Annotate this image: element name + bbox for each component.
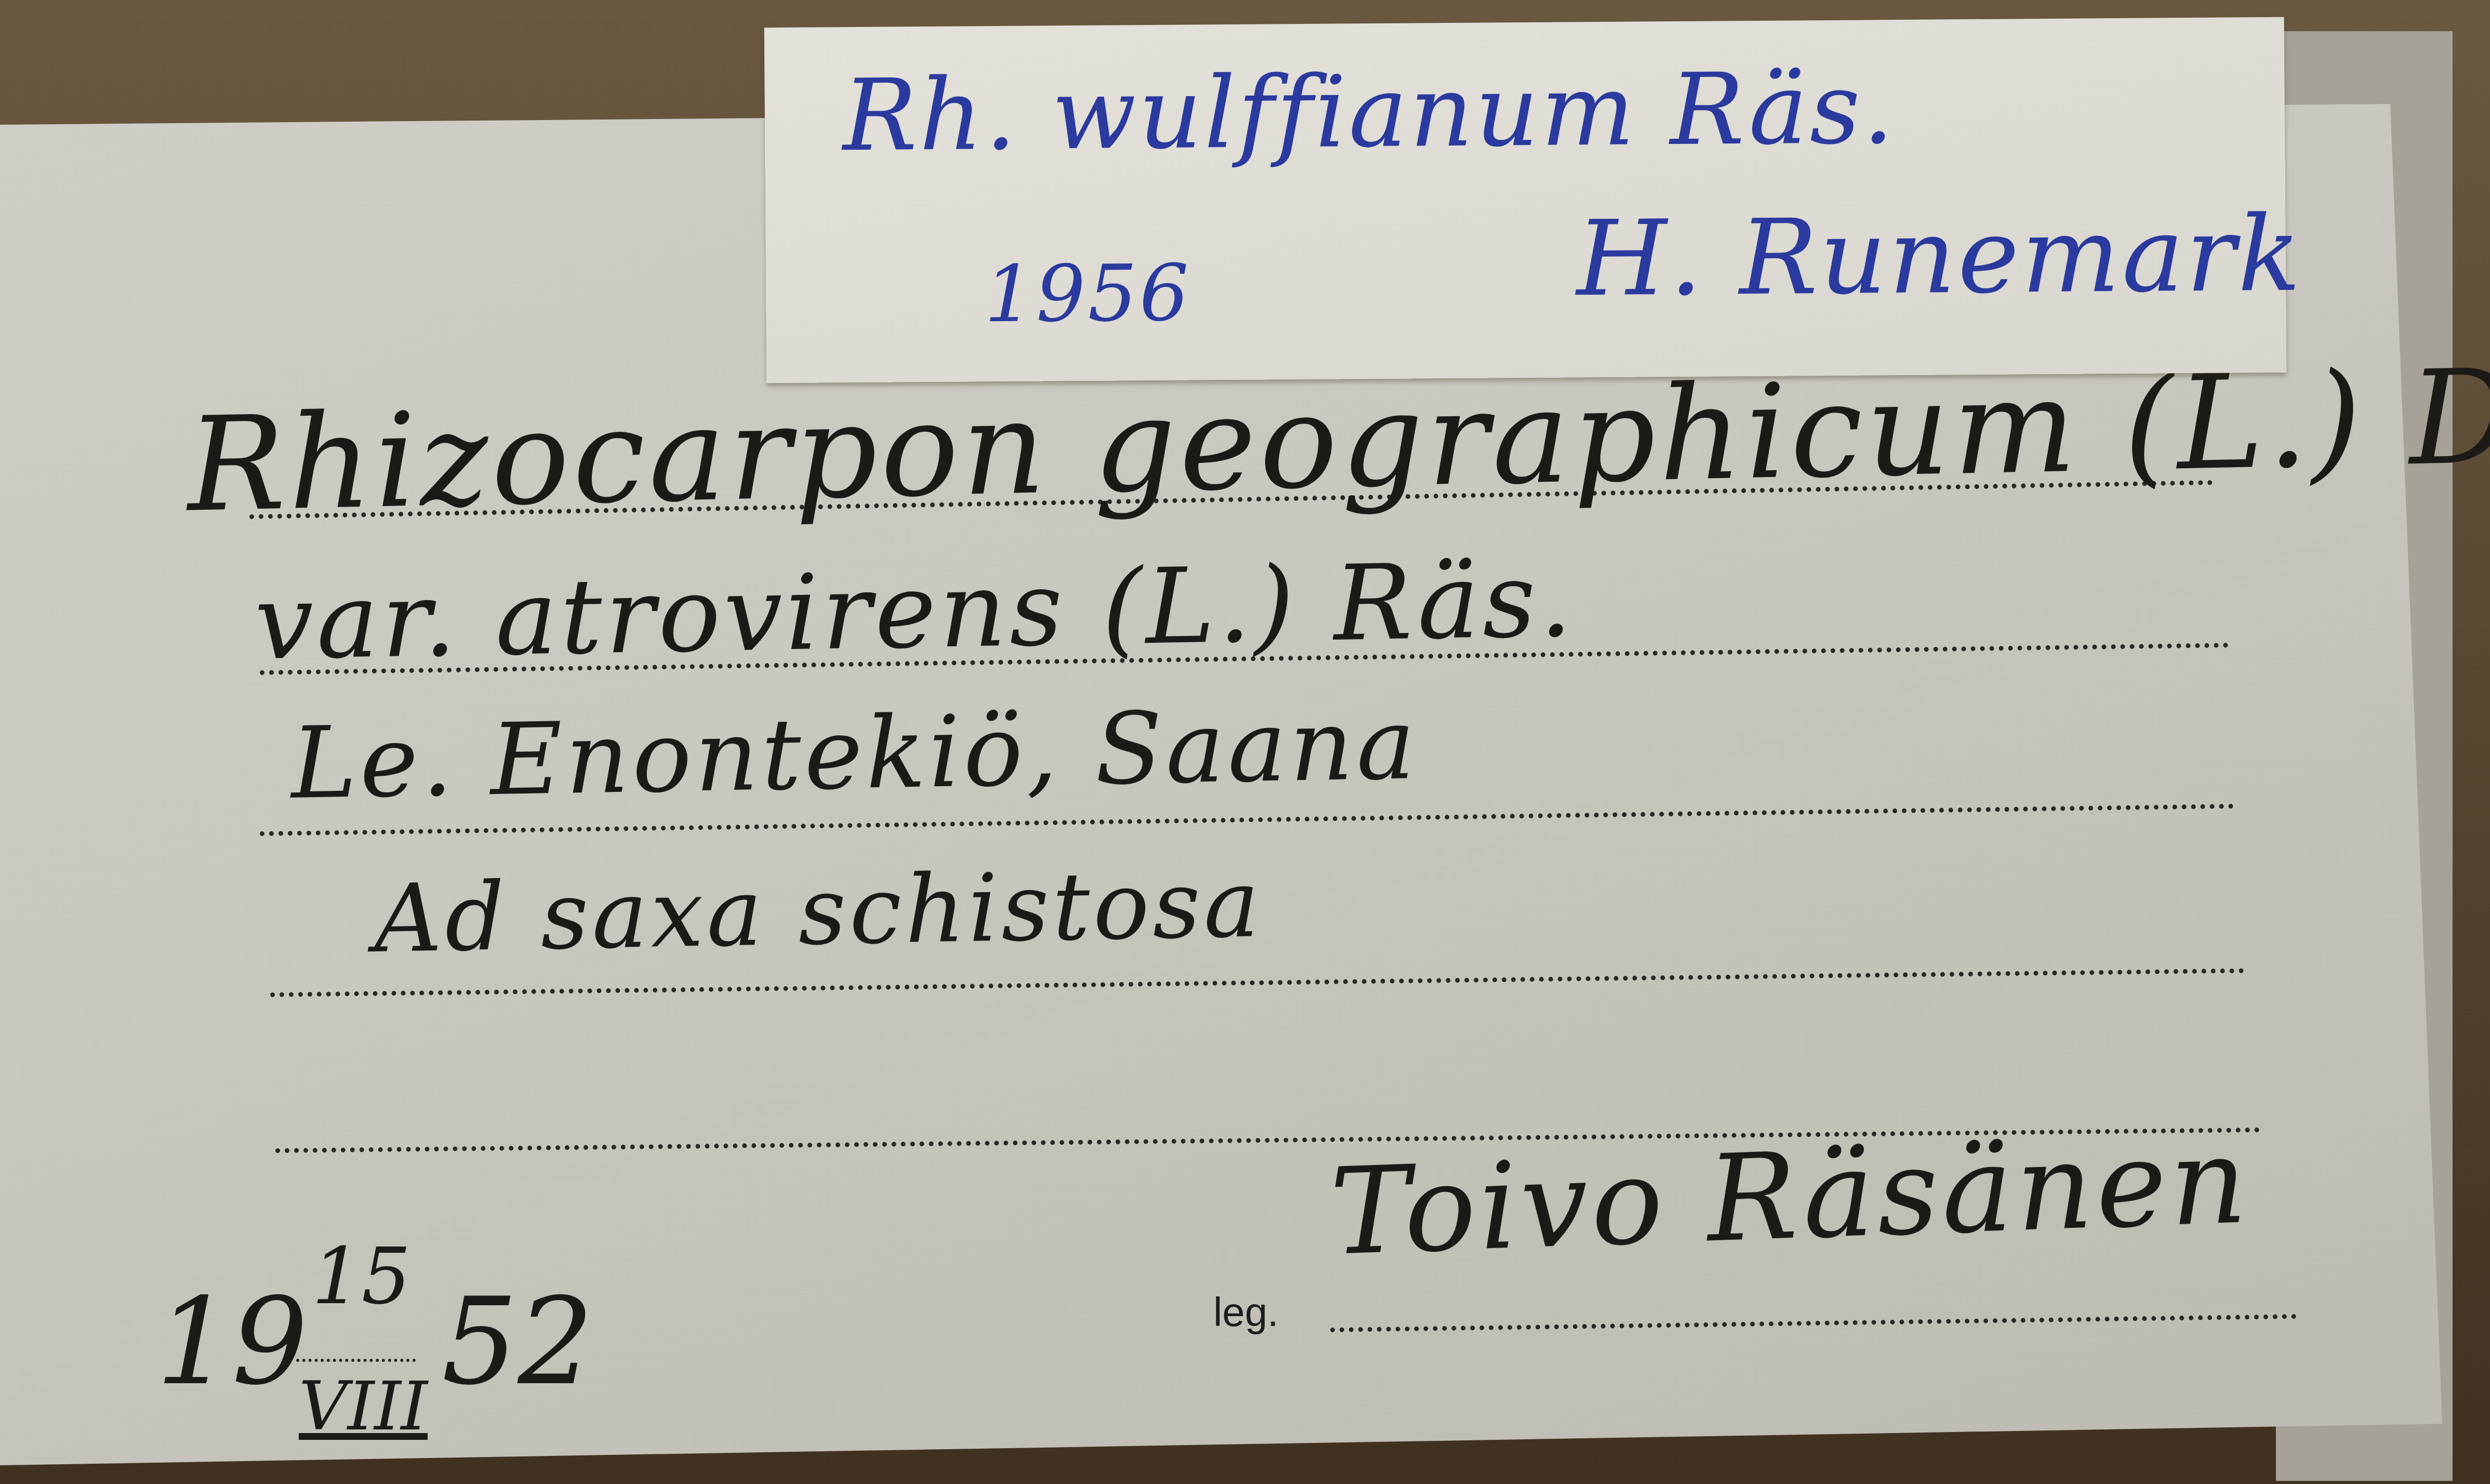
date-day: 15 [312, 1231, 411, 1322]
det-taxon: Rh. wulffianum Räs. [842, 51, 1896, 173]
date-year-suffix: 52 [442, 1273, 594, 1412]
determination-slip: Rh. wulffianum Räs. 1956 H. Runemark [764, 17, 2287, 383]
date-fraction-rule [296, 1359, 416, 1362]
leg-label: leg. [1213, 1289, 1279, 1336]
date-month: VIII [299, 1367, 428, 1446]
det-determiner: H. Runemark [1576, 194, 2303, 320]
date-day-prefix: 19 [156, 1273, 308, 1412]
label-line-variety: var. atrovirens (L.) Räs. [254, 539, 1576, 683]
label-line-habitat: Ad saxa schistosa [373, 850, 1263, 974]
det-year: 1956 [984, 248, 1191, 340]
label-line-locality: Le. Enontekiö, Saana [290, 686, 1419, 821]
